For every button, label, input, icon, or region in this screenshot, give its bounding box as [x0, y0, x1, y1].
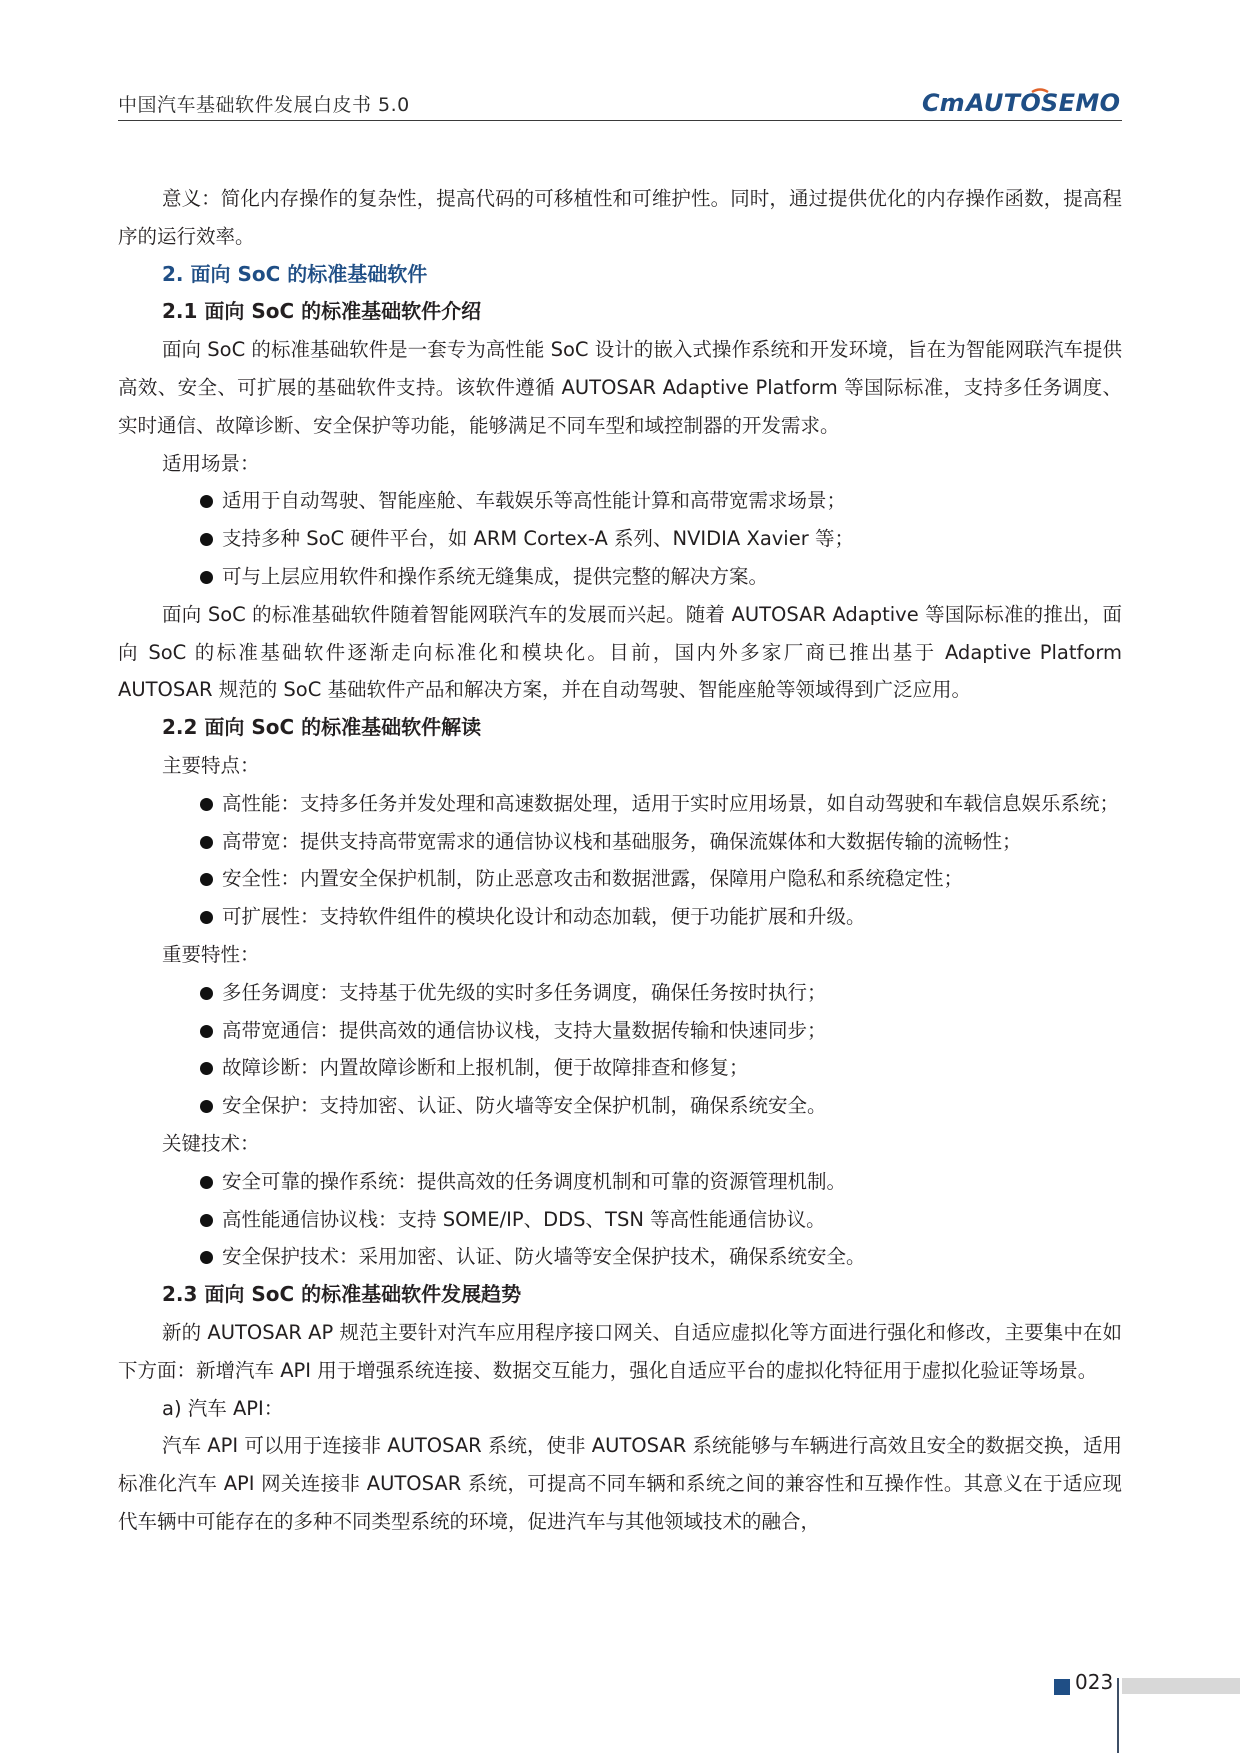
paragraph-vehicle-api: 汽车 API 可以用于连接非 AUTOSAR 系统，使非 AUTOSAR 系统能… [118, 1427, 1122, 1540]
list-item: 安全保护技术：采用加密、认证、防火墙等安全保护技术，确保系统安全。 [200, 1238, 1122, 1276]
list-item: 安全保护：支持加密、认证、防火墙等安全保护机制，确保系统安全。 [200, 1087, 1122, 1125]
page-number-marker-icon [1054, 1679, 1070, 1695]
important-label: 重要特性： [118, 936, 1122, 974]
list-item: 适用于自动驾驶、智能座舱、车载娱乐等高性能计算和高带宽需求场景； [200, 482, 1122, 520]
section-heading-2-2: 2.2 面向 SoC 的标准基础软件解读 [118, 709, 1122, 747]
list-item: 支持多种 SoC 硬件平台，如 ARM Cortex-A 系列、NVIDIA X… [200, 520, 1122, 558]
list-item: 安全性：内置安全保护机制，防止恶意攻击和数据泄露，保障用户隐私和系统稳定性； [200, 860, 1122, 898]
list-item: 可与上层应用软件和操作系统无缝集成，提供完整的解决方案。 [200, 558, 1122, 596]
list-item: 高性能通信协议栈：支持 SOME/IP、DDS、TSN 等高性能通信协议。 [200, 1201, 1122, 1239]
scenarios-label: 适用场景： [118, 445, 1122, 483]
svg-text:Cm: Cm [922, 89, 965, 116]
important-list: 多任务调度：支持基于优先级的实时多任务调度，确保任务按时执行； 高带宽通信：提供… [118, 974, 1122, 1125]
paragraph-history: 面向 SoC 的标准基础软件随着智能网联汽车的发展而兴起。随着 AUTOSAR … [118, 596, 1122, 709]
autosemo-logo: Cm AUTOSEMO [922, 86, 1122, 116]
footer-divider [1117, 1678, 1119, 1753]
page-body: 意义：简化内存操作的复杂性，提高代码的可移植性和可维护性。同时，通过提供优化的内… [118, 180, 1122, 1541]
page-header: 中国汽车基础软件发展白皮书 5.0 Cm AUTOSEMO [118, 86, 1122, 121]
list-item: 高带宽通信：提供高效的通信协议栈，支持大量数据传输和快速同步； [200, 1012, 1122, 1050]
list-item: 安全可靠的操作系统：提供高效的任务调度机制和可靠的资源管理机制。 [200, 1163, 1122, 1201]
page-number: 023 [1075, 1670, 1113, 1694]
list-item: 故障诊断：内置故障诊断和上报机制，便于故障排查和修复； [200, 1049, 1122, 1087]
list-item: 高性能：支持多任务并发处理和高速数据处理，适用于实时应用场景，如自动驾驶和车载信… [200, 785, 1122, 823]
autosemo-logo-icon: Cm AUTOSEMO [922, 86, 1122, 116]
tech-list: 安全可靠的操作系统：提供高效的任务调度机制和可靠的资源管理机制。 高性能通信协议… [118, 1163, 1122, 1276]
features-label: 主要特点： [118, 747, 1122, 785]
svg-text:AUTOSEMO: AUTOSEMO [964, 89, 1120, 116]
features-list: 高性能：支持多任务并发处理和高速数据处理，适用于实时应用场景，如自动驾驶和车载信… [118, 785, 1122, 936]
list-item: 高带宽：提供支持高带宽需求的通信协议栈和基础服务，确保流媒体和大数据传输的流畅性… [200, 823, 1122, 861]
section-heading-2: 2. 面向 SoC 的标准基础软件 [118, 256, 1122, 294]
scenarios-list: 适用于自动驾驶、智能座舱、车载娱乐等高性能计算和高带宽需求场景； 支持多种 So… [118, 482, 1122, 595]
section-heading-2-1: 2.1 面向 SoC 的标准基础软件介绍 [118, 293, 1122, 331]
section-heading-2-3: 2.3 面向 SoC 的标准基础软件发展趋势 [118, 1276, 1122, 1314]
list-item: 可扩展性：支持软件组件的模块化设计和动态加载，便于功能扩展和升级。 [200, 898, 1122, 936]
paragraph-trends: 新的 AUTOSAR AP 规范主要针对汽车应用程序接口网关、自适应虚拟化等方面… [118, 1314, 1122, 1390]
tech-label: 关键技术： [118, 1125, 1122, 1163]
paragraph-significance: 意义：简化内存操作的复杂性，提高代码的可移植性和可维护性。同时，通过提供优化的内… [118, 180, 1122, 256]
footer-bar [1122, 1678, 1240, 1694]
list-item: 多任务调度：支持基于优先级的实时多任务调度，确保任务按时执行； [200, 974, 1122, 1012]
document-title: 中国汽车基础软件发展白皮书 5.0 [118, 90, 410, 117]
subsection-a-label: a) 汽车 API： [118, 1390, 1122, 1428]
paragraph-intro: 面向 SoC 的标准基础软件是一套专为高性能 SoC 设计的嵌入式操作系统和开发… [118, 331, 1122, 444]
